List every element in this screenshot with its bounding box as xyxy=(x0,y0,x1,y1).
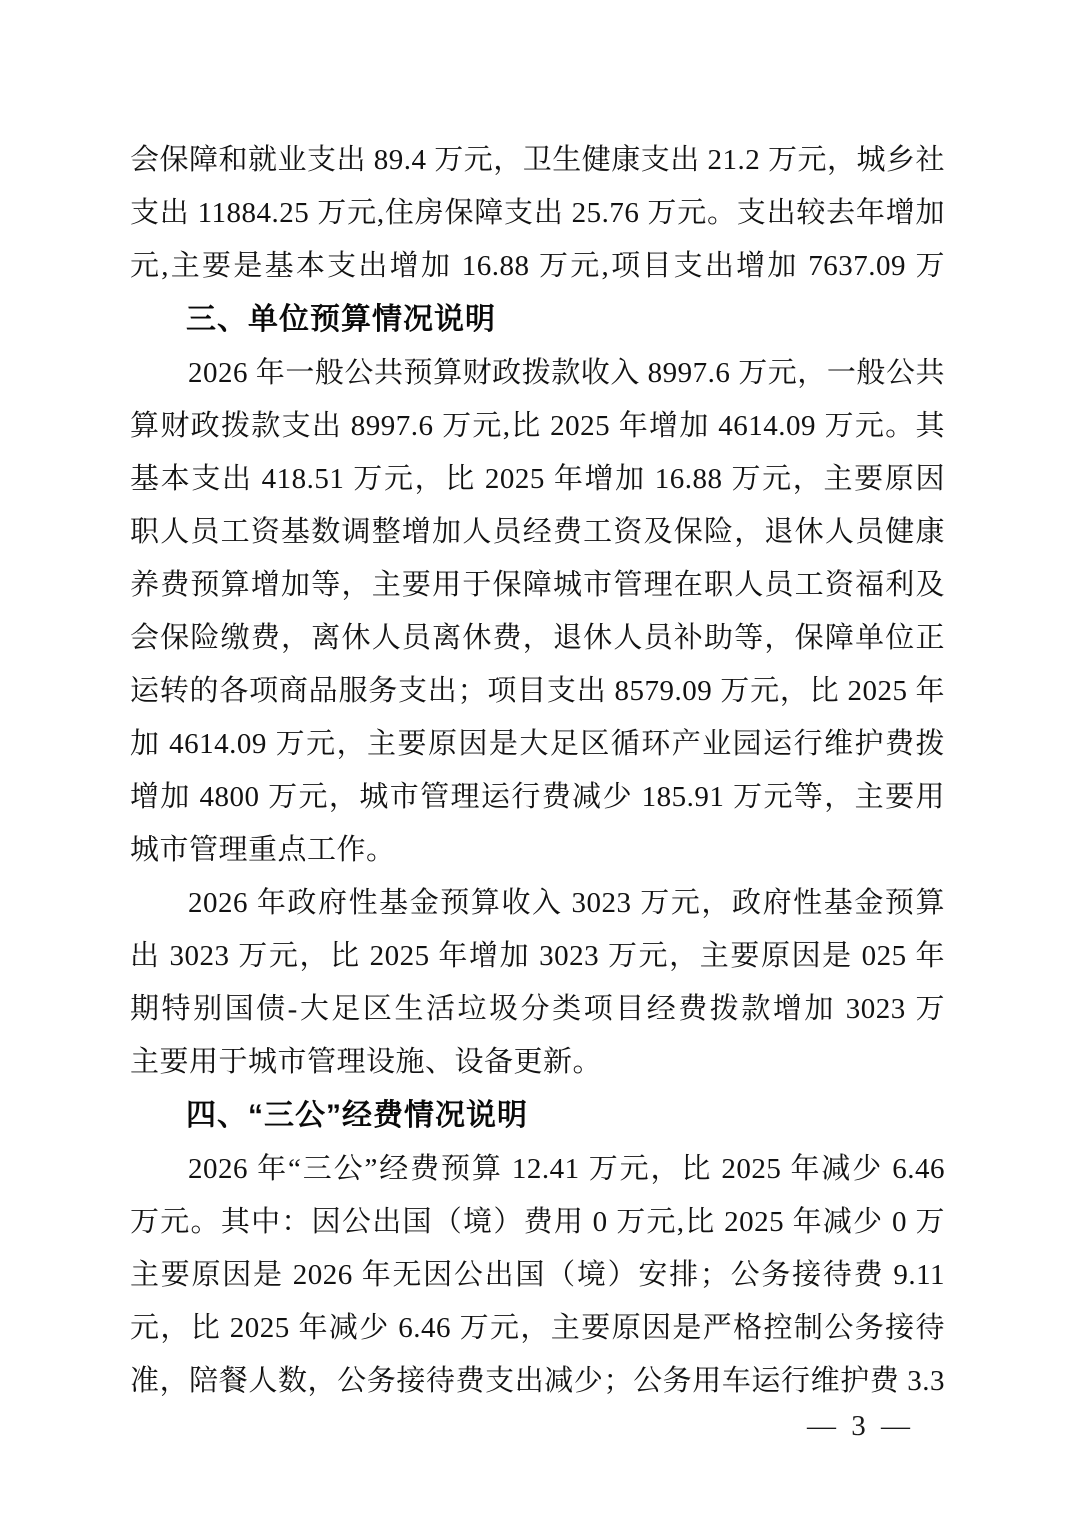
page-number: — 3 — xyxy=(807,1406,914,1446)
paragraph: 2026 年政府性基金预算收入 3023 万元，政府性基金预算支出 3023 万… xyxy=(130,877,945,1089)
text-line: 运转的各项商品服务支出；项目支出 8579.09 万元，比 2025 年增 xyxy=(130,665,945,718)
text-line: 期特别国债-大足区生活垃圾分类项目经费拨款增加 3023 万元， xyxy=(130,983,945,1036)
text-line: 算财政拨款支出 8997.6 万元,比 2025 年增加 4614.09 万元。… xyxy=(130,400,945,453)
paragraph: 会保障和就业支出 89.4 万元，卫生健康支出 21.2 万元，城乡社区支出 1… xyxy=(130,134,945,293)
text-line: 出 3023 万元，比 2025 年增加 3023 万元，主要原因是 025 年… xyxy=(130,930,945,983)
text-line: 养费预算增加等，主要用于保障城市管理在职人员工资福利及社 xyxy=(130,559,945,612)
paragraph: 2026 年一般公共预算财政拨款收入 8997.6 万元，一般公共预算财政拨款支… xyxy=(130,347,945,877)
document-body: 会保障和就业支出 89.4 万元，卫生健康支出 21.2 万元，城乡社区支出 1… xyxy=(130,134,945,1408)
text-line: 职人员工资基数调整增加人员经费工资及保险，退休人员健康疗 xyxy=(130,506,945,559)
section-heading: 四、“三公”经费情况说明 xyxy=(130,1089,945,1143)
text-line: 支出 11884.25 万元,住房保障支出 25.76 万元。支出较去年增加 万 xyxy=(130,187,945,240)
text-line: 2026 年“三公”经费预算 12.41 万元，比 2025 年减少 6.46 xyxy=(130,1143,945,1196)
text-line: 元，比 2025 年减少 6.46 万元，主要原因是严格控制公务接待标 xyxy=(130,1302,945,1355)
text-line: 会保险缴费，离休人员离休费，退休人员补助等，保障单位正常 xyxy=(130,612,945,665)
text-line: 主要用于城市管理设施、设备更新。 xyxy=(130,1036,945,1089)
document-page: 会保障和就业支出 89.4 万元，卫生健康支出 21.2 万元，城乡社区支出 1… xyxy=(0,0,1074,1520)
text-line: 增加 4800 万元，城市管理运行费减少 185.91 万元等，主要用于 xyxy=(130,771,945,824)
text-line: 2026 年政府性基金预算收入 3023 万元，政府性基金预算支 xyxy=(130,877,945,930)
text-line: 万元。其中：因公出国（境）费用 0 万元,比 2025 年减少 0 万元， xyxy=(130,1196,945,1249)
section-heading: 三、单位预算情况说明 xyxy=(130,293,945,347)
text-line: 元,主要是基本支出增加 16.88 万元,项目支出增加 7637.09 万元。 xyxy=(130,240,945,293)
text-line: 会保障和就业支出 89.4 万元，卫生健康支出 21.2 万元，城乡社区 xyxy=(130,134,945,187)
text-line: 2026 年一般公共预算财政拨款收入 8997.6 万元，一般公共预 xyxy=(130,347,945,400)
text-line: 主要原因是 2026 年无因公出国（境）安排；公务接待费 9.11 万 xyxy=(130,1249,945,1302)
text-line: 准，陪餐人数，公务接待费支出减少；公务用车运行维护费 3.3 xyxy=(130,1355,945,1408)
text-line: 加 4614.09 万元，主要原因是大足区循环产业园运行维护费拨款 xyxy=(130,718,945,771)
text-line: 城市管理重点工作。 xyxy=(130,824,945,877)
text-line: 基本支出 418.51 万元，比 2025 年增加 16.88 万元，主要原因是… xyxy=(130,453,945,506)
paragraph: 2026 年“三公”经费预算 12.41 万元，比 2025 年减少 6.46万… xyxy=(130,1143,945,1408)
